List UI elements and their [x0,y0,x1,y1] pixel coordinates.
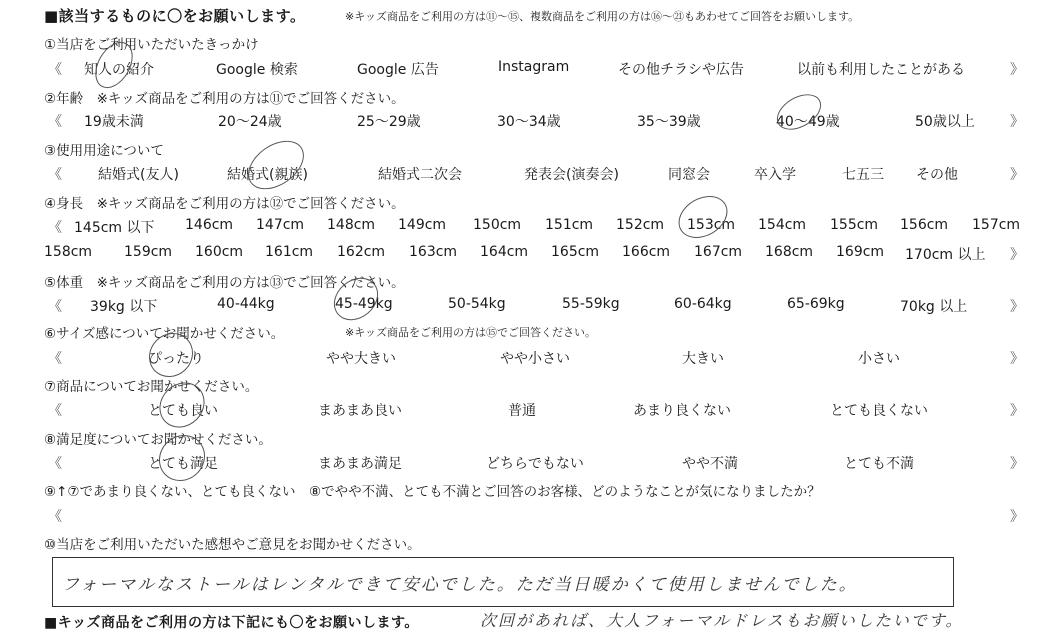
q2-option-35-39[interactable]: 35〜39歳 [637,111,701,131]
q5-option-under39[interactable]: 39kg 以下 [90,296,157,316]
q3-option-wedding-friend[interactable]: 結婚式(友人) [98,164,179,184]
q6-option-slightly-small[interactable]: やや小さい [500,348,570,368]
q5-option-50-54[interactable]: 50-54kg [448,296,506,312]
q8-option-neutral[interactable]: どちらでもない [486,453,584,473]
q4-option-159[interactable]: 159cm [124,244,172,260]
q3-bracket-close: 》 [1010,164,1024,184]
q6-option-small[interactable]: 小さい [858,348,900,368]
q10-handwritten-answer-line2: 次回があれば、大人フォーマルドレスもお願いしたいです。 [480,608,963,631]
q6-note: ※キッズ商品をご利用の方は⑮でご回答ください。 [345,324,596,340]
q1-bracket-close: 》 [1010,59,1024,79]
q6-option-perfect[interactable]: ぴったり [148,348,204,368]
header-note: ※キッズ商品をご利用の方は⑪〜⑮、複数商品をご利用の方は⑯〜㉑もあわせてご回答を… [345,8,859,24]
q7-option-fairly-good[interactable]: まあまあ良い [318,400,402,420]
q1-option-google-ads[interactable]: Google 広告 [357,59,439,79]
q4-bracket-open: 《 [48,217,62,237]
q4-option-170-plus[interactable]: 170cm 以上 [905,244,986,264]
q5-bracket-open: 《 [48,296,62,316]
q4-option-155[interactable]: 155cm [830,217,878,233]
q2-option-30-34[interactable]: 30〜34歳 [497,111,561,131]
q1-label: ①当店をご利用いただいたきっかけ [44,33,259,53]
q4-label: ④身長 ※キッズ商品をご利用の方は⑫でご回答ください。 [44,192,405,212]
q4-option-146[interactable]: 146cm [185,217,233,233]
q4-option-150[interactable]: 150cm [473,217,521,233]
q3-option-wedding-family[interactable]: 結婚式(親族) [227,164,308,184]
q3-option-reunion[interactable]: 同窓会 [668,164,710,184]
q5-option-70-plus[interactable]: 70kg 以上 [900,296,967,316]
q6-bracket-close: 》 [1010,348,1024,368]
q8-option-fairly-satisfied[interactable]: まあまあ満足 [318,453,402,473]
q4-option-168[interactable]: 168cm [765,244,813,260]
q6-label: ⑥サイズ感についてお聞かせください。 [44,322,284,342]
q3-option-wedding-afterparty[interactable]: 結婚式二次会 [378,164,462,184]
q4-option-164[interactable]: 164cm [480,244,528,260]
q7-option-not-good[interactable]: あまり良くない [633,400,731,420]
kids-section-title: ■キッズ商品をご利用の方は下記にも〇をお願いします。 [44,612,419,632]
q8-label: ⑧満足度についてお聞かせください。 [44,428,272,448]
q1-option-flyer[interactable]: その他チラシや広告 [618,59,744,79]
q1-option-instagram[interactable]: Instagram [498,59,569,75]
q4-option-151[interactable]: 151cm [545,217,593,233]
q5-option-65-69[interactable]: 65-69kg [787,296,845,312]
q10-handwritten-answer-line1: フォーマルなストールはレンタルできて安心でした。ただ当日暖かくて使用しませんでし… [62,570,858,595]
q4-option-165[interactable]: 165cm [551,244,599,260]
q4-option-166[interactable]: 166cm [622,244,670,260]
q8-option-very-dissatisfied[interactable]: とても不満 [844,453,914,473]
q4-option-153[interactable]: 153cm [687,217,735,233]
q3-option-other[interactable]: その他 [916,164,958,184]
q4-option-169[interactable]: 169cm [836,244,884,260]
q7-option-average[interactable]: 普通 [508,400,536,420]
q7-option-very-bad[interactable]: とても良くない [830,400,928,420]
q4-option-154[interactable]: 154cm [758,217,806,233]
q4-option-160[interactable]: 160cm [195,244,243,260]
q5-bracket-close: 》 [1010,296,1024,316]
q2-option-under19[interactable]: 19歳未満 [84,111,144,131]
q7-option-very-good[interactable]: とても良い [148,400,218,420]
q4-option-149[interactable]: 149cm [398,217,446,233]
q2-bracket-close: 》 [1010,111,1024,131]
q3-option-shichigosan[interactable]: 七五三 [842,164,884,184]
q4-option-161[interactable]: 161cm [265,244,313,260]
q4-option-145[interactable]: 145cm 以下 [74,217,155,237]
q3-label: ③使用用途について [44,139,164,159]
q5-option-55-59[interactable]: 55-59kg [562,296,620,312]
q5-option-40-44[interactable]: 40-44kg [217,296,275,312]
q2-option-50-plus[interactable]: 50歳以上 [915,111,975,131]
q3-option-recital[interactable]: 発表会(演奏会) [524,164,619,184]
q2-option-20-24[interactable]: 20〜24歳 [218,111,282,131]
q4-option-148[interactable]: 148cm [327,217,375,233]
q4-option-152[interactable]: 152cm [616,217,664,233]
q7-bracket-close: 》 [1010,400,1024,420]
q1-option-returning[interactable]: 以前も利用したことがある [797,59,965,79]
q4-option-167[interactable]: 167cm [694,244,742,260]
q6-option-slightly-large[interactable]: やや大きい [326,348,396,368]
q3-option-graduation[interactable]: 卒入学 [754,164,796,184]
q2-label: ②年齢 ※キッズ商品をご利用の方は⑪でご回答ください。 [44,87,405,107]
q7-label: ⑦商品についてお聞かせください。 [44,375,258,395]
q3-bracket-open: 《 [48,164,62,184]
q8-bracket-close: 》 [1010,453,1024,473]
q2-bracket-open: 《 [48,111,62,131]
q4-option-147[interactable]: 147cm [256,217,304,233]
q4-option-162[interactable]: 162cm [337,244,385,260]
q4-option-163[interactable]: 163cm [409,244,457,260]
q8-option-slightly-dissatisfied[interactable]: やや不満 [682,453,738,473]
q9-answer-field[interactable] [80,506,980,524]
q1-option-google-search[interactable]: Google 検索 [216,59,298,79]
q6-option-large[interactable]: 大きい [682,348,724,368]
q1-option-referral[interactable]: 知人の紹介 [84,59,154,79]
q7-bracket-open: 《 [48,400,62,420]
page-title: ■該当するものに〇をお願いします。 [44,5,305,26]
q2-option-40-49[interactable]: 40〜49歳 [776,111,840,131]
q2-option-25-29[interactable]: 25〜29歳 [357,111,421,131]
q8-option-very-satisfied[interactable]: とても満足 [148,453,218,473]
q4-bracket-close: 》 [1010,244,1024,264]
q4-option-156[interactable]: 156cm [900,217,948,233]
q5-option-60-64[interactable]: 60-64kg [674,296,732,312]
q5-option-45-49[interactable]: 45-49kg [335,296,393,312]
q4-option-158[interactable]: 158cm [44,244,92,260]
q8-bracket-open: 《 [48,453,62,473]
q1-bracket-open: 《 [48,59,62,79]
q9-bracket-close: 》 [1010,506,1024,526]
q4-option-157[interactable]: 157cm [972,217,1020,233]
q10-label: ⑩当店をご利用いただいた感想やご意見をお聞かせください。 [44,533,421,553]
q5-label: ⑤体重 ※キッズ商品をご利用の方は⑬でご回答ください。 [44,271,405,291]
q9-label: ⑨↑⑦であまり良くない、とても良くない ⑧でやや不満、とても不満とご回答のお客様… [44,480,821,500]
q6-bracket-open: 《 [48,348,62,368]
q9-bracket-open: 《 [48,506,62,526]
